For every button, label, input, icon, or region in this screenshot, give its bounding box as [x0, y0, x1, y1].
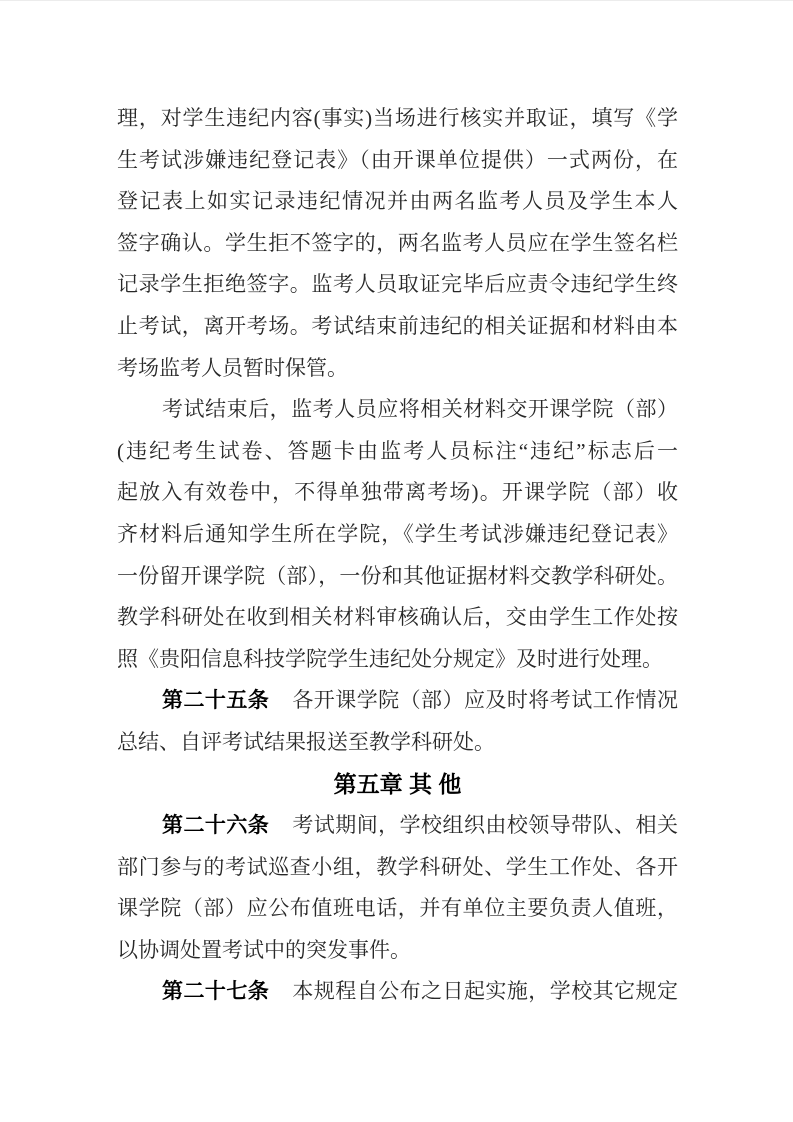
- article-25: 第二十五条各开课学院（部）应及时将考试工作情况总结、自评考试结果报送至教学科研处…: [117, 680, 678, 763]
- document-page: 理，对学生违纪内容(事实)当场进行核实并取证，填写《学生考试涉嫌违纪登记表》（由…: [0, 0, 793, 1122]
- text-line: 记录学生拒绝签字。监考人员取证完毕后应责令违纪学生终: [117, 264, 678, 306]
- text-line: 以协调处置考试中的突发事件。: [117, 930, 678, 972]
- text-line: 签字确认。学生拒不签字的，两名监考人员应在学生签名栏: [117, 223, 678, 265]
- text-line: 考试结束后，监考人员应将相关材料交开课学院（部）: [117, 389, 678, 431]
- text-line: 第二十六条考试期间，学校组织由校领导带队、相关: [117, 805, 678, 847]
- text-line: 考场监考人员暂时保管。: [117, 348, 678, 390]
- chapter-heading-text: 第五章 其 他: [117, 764, 678, 806]
- text-line: 登记表上如实记录违纪情况并由两名监考人员及学生本人: [117, 181, 678, 223]
- text-line: 起放入有效卷中，不得单独带离考场)。开课学院（部）收: [117, 472, 678, 514]
- text-line: 照《贵阳信息科技学院学生违纪处分规定》及时进行处理。: [117, 639, 678, 681]
- article-26: 第二十六条考试期间，学校组织由校领导带队、相关部门参与的考试巡查小组，教学科研处…: [117, 805, 678, 971]
- chapter-5-heading: 第五章 其 他: [117, 764, 678, 806]
- text-line: (违纪考生试卷、答题卡由监考人员标注“违纪”标志后一: [117, 431, 678, 473]
- text-line: 生考试涉嫌违纪登记表》（由开课单位提供）一式两份，在: [117, 140, 678, 182]
- paragraph-after-exam-materials: 考试结束后，监考人员应将相关材料交开课学院（部）(违纪考生试卷、答题卡由监考人员…: [117, 389, 678, 680]
- text-line: 第二十七条本规程自公布之日起实施，学校其它规定: [117, 971, 678, 1013]
- text-line: 总结、自评考试结果报送至教学科研处。: [117, 722, 678, 764]
- article-number-label: 第二十五条: [162, 689, 269, 712]
- text-line: 课学院（部）应公布值班电话，并有单位主要负责人值班，: [117, 888, 678, 930]
- text-line: 第二十五条各开课学院（部）应及时将考试工作情况: [117, 680, 678, 722]
- article-number-label: 第二十六条: [162, 814, 269, 837]
- text-line: 理，对学生违纪内容(事实)当场进行核实并取证，填写《学: [117, 98, 678, 140]
- text-line: 部门参与的考试巡查小组，教学科研处、学生工作处、各开: [117, 847, 678, 889]
- article-27: 第二十七条本规程自公布之日起实施，学校其它规定: [117, 971, 678, 1013]
- article-number-label: 第二十七条: [162, 980, 269, 1003]
- document-body: 理，对学生违纪内容(事实)当场进行核实并取证，填写《学生考试涉嫌违纪登记表》（由…: [117, 98, 678, 1013]
- text-line: 一份留开课学院（部），一份和其他证据材料交教学科研处。: [117, 556, 678, 598]
- text-line: 齐材料后通知学生所在学院，《学生考试涉嫌违纪登记表》: [117, 514, 678, 556]
- paragraph-continuation: 理，对学生违纪内容(事实)当场进行核实并取证，填写《学生考试涉嫌违纪登记表》（由…: [117, 98, 678, 389]
- text-line: 教学科研处在收到相关材料审核确认后，交由学生工作处按: [117, 597, 678, 639]
- text-line: 止考试，离开考场。考试结束前违纪的相关证据和材料由本: [117, 306, 678, 348]
